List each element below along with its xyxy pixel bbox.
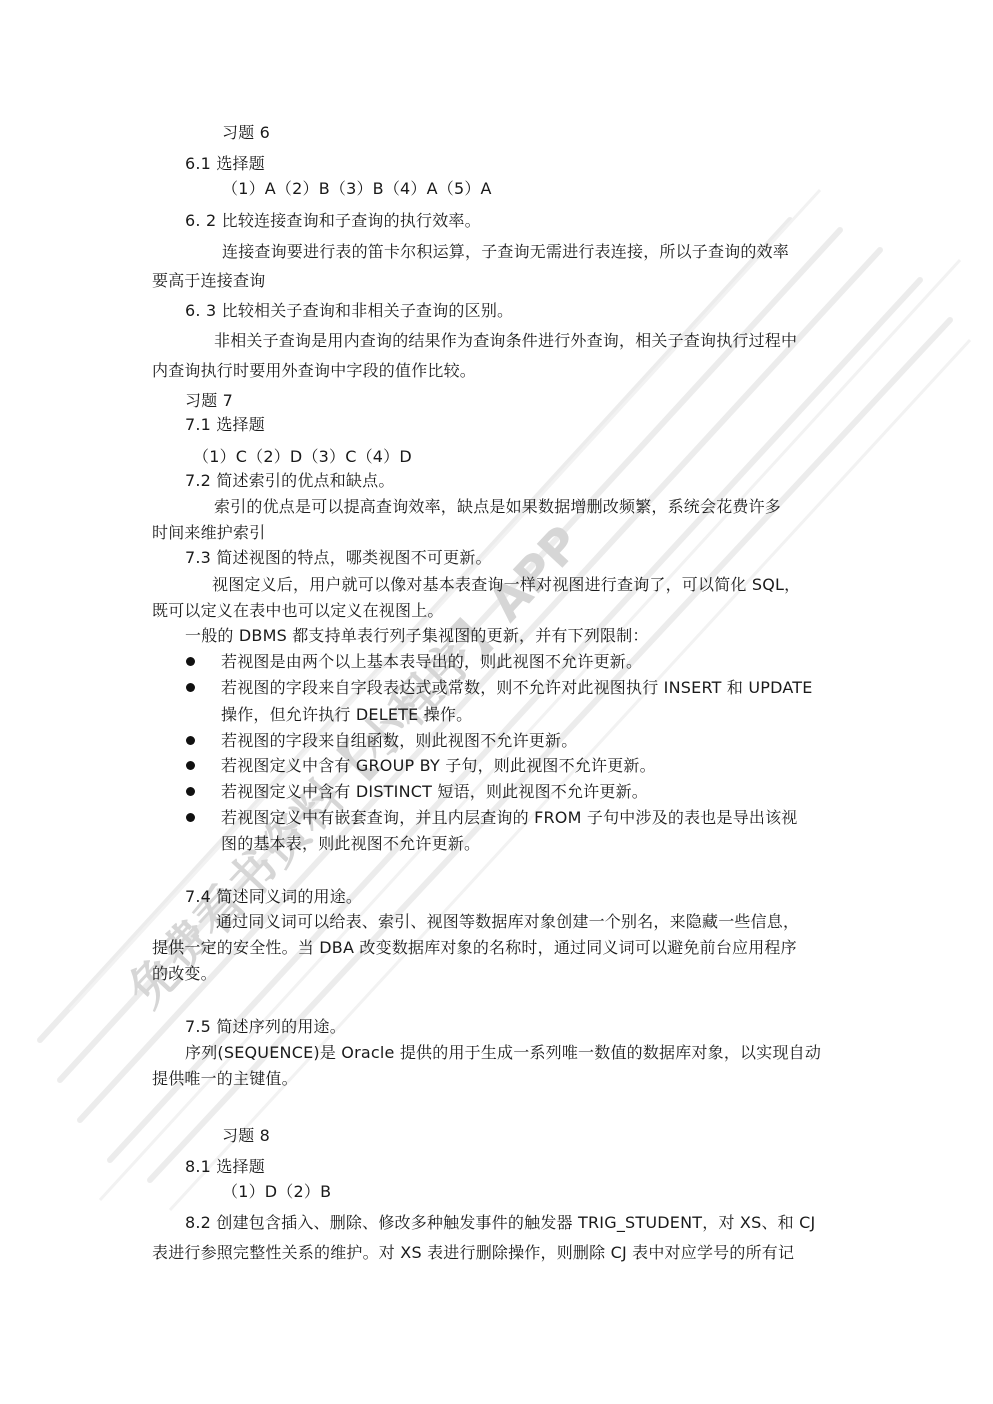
exercise-6-3-answer: 内查询执行时要用外查询中字段的值作比较。 bbox=[152, 360, 476, 382]
restriction-item: 若视图定义中有嵌套查询，并且内层查询的 FROM 子句中涉及的表也是导出该视 bbox=[221, 807, 798, 829]
exercise-7-3-answer: 视图定义后，用户就可以像对基本表查询一样对视图进行查询了，可以简化 SQL， bbox=[212, 574, 800, 596]
exercise-7-4-answer: 提供一定的安全性。当 DBA 改变数据库对象的名称时，通过同义词可以避免前台应用… bbox=[152, 937, 797, 959]
exercise-7-1-title: 7.1 选择题 bbox=[185, 414, 265, 436]
exercise-6-1-title: 6.1 选择题 bbox=[185, 153, 265, 175]
exercise-7-2-title: 7.2 简述索引的优点和缺点。 bbox=[185, 470, 395, 492]
restriction-item: 若视图定义中含有 DISTINCT 短语，则此视图不允许更新。 bbox=[221, 781, 648, 803]
restriction-item: 若视图定义中含有 GROUP BY 子句，则此视图不允许更新。 bbox=[221, 755, 656, 777]
bullet-icon bbox=[186, 683, 195, 692]
exercise-7-5-answer: 提供唯一的主键值。 bbox=[152, 1068, 298, 1090]
exercise-8-1-title: 8.1 选择题 bbox=[185, 1156, 265, 1178]
bullet-icon bbox=[186, 787, 195, 796]
exercise-8-1-answers: （1）D（2）B bbox=[222, 1181, 331, 1203]
exercise-6-2-answer: 要高于连接查询 bbox=[152, 270, 265, 292]
exercise-7-3-answer: 既可以定义在表中也可以定义在视图上。 bbox=[152, 600, 444, 622]
exercise-7-4-answer: 通过同义词可以给表、索引、视图等数据库对象创建一个别名，来隐藏一些信息， bbox=[216, 911, 799, 933]
exercise-7-4-title: 7.4 简述同义词的用途。 bbox=[185, 886, 362, 908]
exercise-6-3-title: 6. 3 比较相关子查询和非相关子查询的区别。 bbox=[185, 300, 513, 322]
exercise-8-title: 习题 8 bbox=[222, 1125, 270, 1147]
exercise-7-2-answer: 索引的优点是可以提高查询效率，缺点是如果数据增删改频繁，系统会花费许多 bbox=[214, 496, 781, 518]
bullet-icon bbox=[186, 813, 195, 822]
restriction-item: 若视图是由两个以上基本表导出的，则此视图不允许更新。 bbox=[221, 651, 642, 673]
exercise-6-3-answer: 非相关子查询是用内查询的结果作为查询条件进行外查询，相关子查询执行过程中 bbox=[214, 330, 797, 352]
exercise-7-title: 习题 7 bbox=[185, 390, 233, 412]
restriction-item: 若视图的字段来自字段表达式或常数，则不允许对此视图执行 INSERT 和 UPD… bbox=[221, 677, 813, 699]
exercise-7-3-title: 7.3 简述视图的特点，哪类视图不可更新。 bbox=[185, 547, 492, 569]
restriction-item: 若视图的字段来自组函数，则此视图不允许更新。 bbox=[221, 730, 577, 752]
exercise-7-2-answer: 时间来维护索引 bbox=[152, 522, 265, 544]
exercise-7-5-answer: 序列(SEQUENCE)是 Oracle 提供的用于生成一系列唯一数值的数据库对… bbox=[185, 1042, 821, 1064]
bullet-icon bbox=[186, 736, 195, 745]
exercise-7-4-answer: 的改变。 bbox=[152, 963, 217, 985]
bullet-icon bbox=[186, 761, 195, 770]
exercise-6-title: 习题 6 bbox=[222, 122, 270, 144]
restriction-item-continued: 图的基本表，则此视图不允许更新。 bbox=[221, 833, 480, 855]
exercise-6-1-answers: （1）A（2）B（3）B（4）A（5）A bbox=[222, 178, 492, 200]
watermark: 免费看书资料【小程序】APP bbox=[0, 0, 993, 1404]
exercise-8-2-title: 表进行参照完整性关系的维护。对 XS 表进行删除操作，则删除 CJ 表中对应学号… bbox=[152, 1242, 794, 1264]
exercise-7-3-restriction-intro: 一般的 DBMS 都支持单表行列子集视图的更新，并有下列限制： bbox=[185, 625, 649, 647]
exercise-6-2-title: 6. 2 比较连接查询和子查询的执行效率。 bbox=[185, 210, 481, 232]
exercise-8-2-title: 8.2 创建包含插入、删除、修改多种触发事件的触发器 TRIG_STUDENT，… bbox=[185, 1212, 815, 1234]
exercise-6-2-answer: 连接查询要进行表的笛卡尔积运算，子查询无需进行表连接，所以子查询的效率 bbox=[222, 241, 789, 263]
restriction-item-continued: 操作，但允许执行 DELETE 操作。 bbox=[221, 704, 472, 726]
exercise-7-5-title: 7.5 简述序列的用途。 bbox=[185, 1016, 346, 1038]
exercise-7-1-answers: （1）C（2）D（3）C（4）D bbox=[193, 446, 412, 468]
bullet-icon bbox=[186, 657, 195, 666]
